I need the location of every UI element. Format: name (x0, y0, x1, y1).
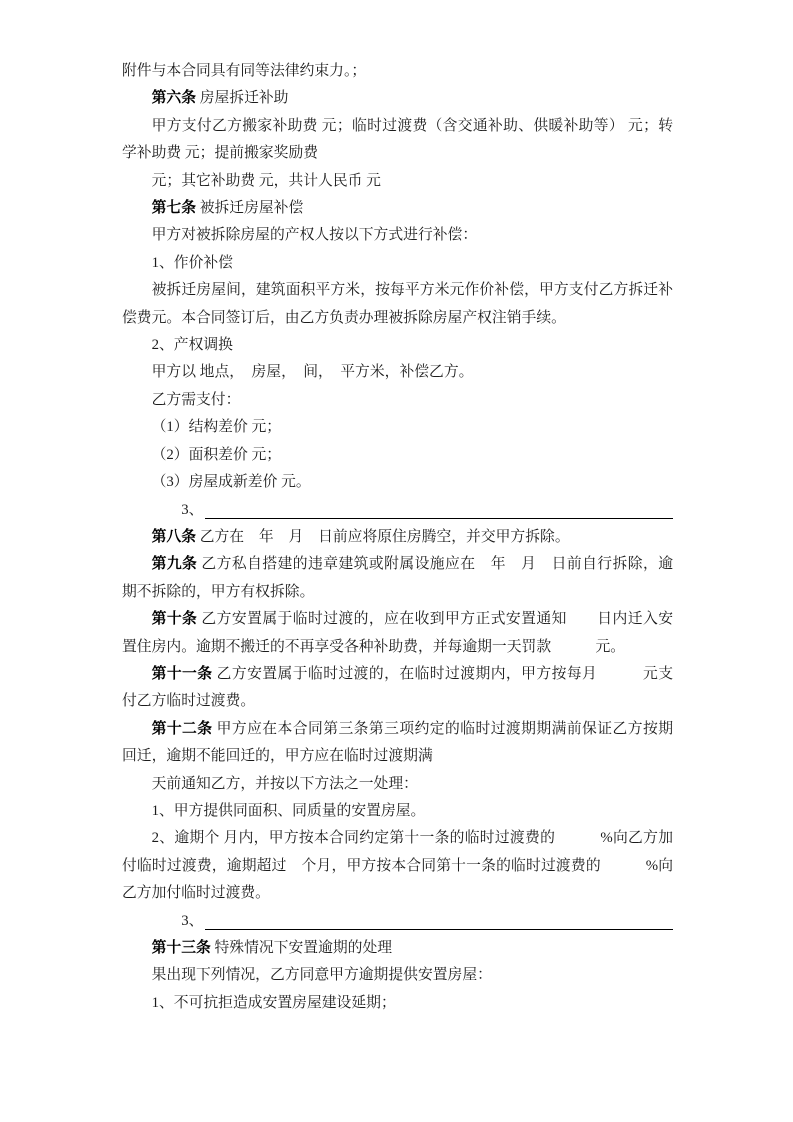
clause-paragraph: 第八条 乙方在 年 月 日前应将原住房腾空，并交甲方拆除。 (122, 524, 673, 551)
paragraph-text: 房屋拆迁补助 (196, 90, 288, 106)
body-paragraph: 天前通知乙方，并按以下方法之一处理： (122, 771, 673, 798)
body-paragraph: 被拆迁房屋间，建筑面积平方米，按每平方米元作价补偿，甲方支付乙方拆迁补偿费元。本… (122, 277, 673, 332)
paragraph-text: （1）结构差价 元； (152, 419, 281, 435)
blank-underline (205, 908, 673, 930)
body-paragraph: （2）面积差价 元； (122, 442, 673, 469)
clause-paragraph: 第十二条 甲方应在本合同第三条第三项约定的临时过渡期期满前保证乙方按期回迁，逾期… (122, 716, 673, 771)
body-paragraph: 甲方对被拆除房屋的产权人按以下方式进行补偿： (122, 222, 673, 249)
paragraph-text: 元；其它补助费 元，共计人民币 元 (152, 173, 381, 189)
body-paragraph: （3）房屋成新差价 元。 (122, 469, 673, 496)
paragraph-text: （3）房屋成新差价 元。 (152, 474, 311, 490)
body-paragraph: 元；其它补助费 元，共计人民币 元 (122, 168, 673, 195)
clause-paragraph: 第十三条 特殊情况下安置逾期的处理 (122, 935, 673, 962)
body-paragraph: 1、作价补偿 (122, 250, 673, 277)
clause-heading: 第八条 (152, 529, 196, 545)
paragraph-text: 乙方需支付： (152, 392, 241, 408)
paragraph-text: 特殊情况下安置逾期的处理 (211, 940, 392, 956)
paragraph-text: 天前通知乙方，并按以下方法之一处理： (152, 776, 418, 792)
paragraph-text: 甲方对被拆除房屋的产权人按以下方式进行补偿： (152, 227, 478, 243)
paragraph-text: 附件与本合同具有同等法律约束力。； (122, 63, 366, 79)
list-item-number: 3、 (152, 497, 204, 524)
clause-paragraph: 第六条 房屋拆迁补助 (122, 85, 673, 112)
body-paragraph: 甲方以 地点， 房屋， 间， 平方米，补偿乙方。 (122, 359, 673, 386)
clause-paragraph: 第十条 乙方安置属于临时过渡的，应在收到甲方正式安置通知 日内迁入安置住房内。逾… (122, 606, 673, 661)
body-paragraph: 甲方支付乙方搬家补助费 元；临时过渡费（含交通补助、供暖补助等） 元；转学补助费… (122, 113, 673, 168)
paragraph-text: 1、甲方提供同面积、同质量的安置房屋。 (152, 803, 426, 819)
clause-paragraph: 第九条 乙方私自搭建的违章建筑或附属设施应在 年 月 日前自行拆除，逾期不拆除的… (122, 551, 673, 606)
body-paragraph: 2、逾期个 月内，甲方按本合同约定第十一条的临时过渡费的 %向乙方加付临时过渡费… (122, 825, 673, 907)
paragraph-text: 果出现下列情况，乙方同意甲方逾期提供安置房屋： (152, 967, 492, 983)
clause-heading: 第十条 (152, 611, 198, 627)
paragraph-text: 乙方安置属于临时过渡的，应在收到甲方正式安置通知 日内迁入安置住房内。逾期不搬迁… (122, 611, 673, 654)
paragraph-text: （2）面积差价 元； (152, 447, 281, 463)
paragraph-text: 被拆迁房屋间，建筑面积平方米，按每平方米元作价补偿，甲方支付乙方拆迁补偿费元。本… (122, 282, 673, 325)
paragraph-text: 乙方私自搭建的违章建筑或附属设施应在 年 月 日前自行拆除，逾期不拆除的，甲方有… (122, 556, 673, 599)
body-paragraph: 附件与本合同具有同等法律约束力。； (122, 58, 673, 85)
clause-heading: 第六条 (152, 90, 196, 106)
body-paragraph: 乙方需支付： (122, 387, 673, 414)
clause-heading: 第九条 (152, 556, 198, 572)
fill-in-blank-line: 3、 (122, 908, 673, 935)
paragraph-text: 甲方支付乙方搬家补助费 元；临时过渡费（含交通补助、供暖补助等） 元；转学补助费… (122, 118, 673, 161)
clause-heading: 第十一条 (152, 666, 213, 682)
paragraph-text: 被拆迁房屋补偿 (196, 200, 303, 216)
list-item-number: 3、 (152, 908, 204, 935)
paragraph-text: 1、不可抗拒造成安置房屋建设延期； (152, 995, 396, 1011)
paragraph-text: 甲方以 地点， 房屋， 间， 平方米，补偿乙方。 (152, 364, 474, 380)
body-paragraph: （1）结构差价 元； (122, 414, 673, 441)
body-paragraph: 2、产权调换 (122, 332, 673, 359)
paragraph-text: 2、产权调换 (152, 337, 233, 353)
clause-heading: 第十二条 (152, 721, 213, 737)
clause-heading: 第七条 (152, 200, 196, 216)
paragraph-text: 1、作价补偿 (152, 255, 233, 271)
contract-page: 附件与本合同具有同等法律约束力。；第六条 房屋拆迁补助甲方支付乙方搬家补助费 元… (0, 0, 793, 1122)
document-content: 附件与本合同具有同等法律约束力。；第六条 房屋拆迁补助甲方支付乙方搬家补助费 元… (0, 0, 793, 1017)
blank-underline (205, 497, 673, 519)
paragraph-text: 2、逾期个 月内，甲方按本合同约定第十一条的临时过渡费的 %向乙方加付临时过渡费… (122, 830, 673, 901)
body-paragraph: 1、不可抗拒造成安置房屋建设延期； (122, 990, 673, 1017)
body-paragraph: 果出现下列情况，乙方同意甲方逾期提供安置房屋： (122, 962, 673, 989)
clause-heading: 第十三条 (152, 940, 211, 956)
clause-paragraph: 第十一条 乙方安置属于临时过渡的，在临时过渡期内，甲方按每月 元支付乙方临时过渡… (122, 661, 673, 716)
clause-paragraph: 第七条 被拆迁房屋补偿 (122, 195, 673, 222)
body-paragraph: 1、甲方提供同面积、同质量的安置房屋。 (122, 798, 673, 825)
paragraph-text: 乙方在 年 月 日前应将原住房腾空，并交甲方拆除。 (196, 529, 570, 545)
fill-in-blank-line: 3、 (122, 497, 673, 524)
